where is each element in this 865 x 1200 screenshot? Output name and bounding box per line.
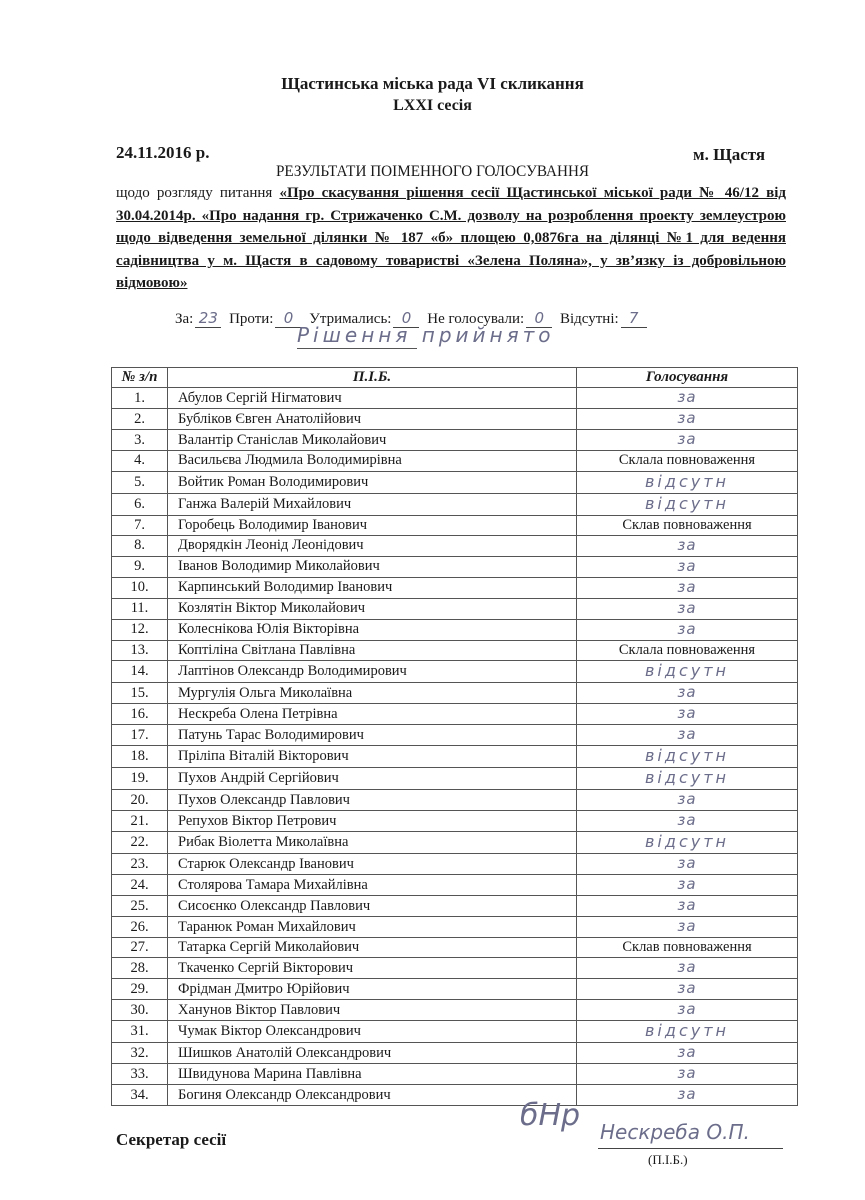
vote-value: за — [577, 854, 798, 875]
member-name: Татарка Сергій Миколайович — [168, 938, 577, 958]
member-name: Іванов Володимир Миколайович — [168, 556, 577, 577]
header-number: № з/п — [112, 368, 168, 388]
row-number: 12. — [112, 619, 168, 640]
vote-value: за — [577, 409, 798, 430]
vote-mark: за — [677, 620, 696, 638]
table-row: 34.Богиня Олександр Олександровичза — [112, 1085, 798, 1106]
member-name: Пріліпа Віталій Вікторович — [168, 746, 577, 768]
table-row: 7.Горобець Володимир ІвановичСклав повно… — [112, 515, 798, 535]
table-row: 32.Шишков Анатолій Олександровичза — [112, 1043, 798, 1064]
session-title: LXXI сесія — [0, 97, 865, 115]
vote-mark: за — [677, 599, 696, 617]
signature: бНр — [520, 1098, 580, 1133]
member-name: Пухов Андрій Сергійович — [168, 768, 577, 790]
member-name: Ткаченко Сергій Вікторович — [168, 958, 577, 979]
row-number: 25. — [112, 896, 168, 917]
vote-value: за — [577, 725, 798, 746]
member-name: Козлятін Віктор Миколайович — [168, 598, 577, 619]
vote-value: за — [577, 598, 798, 619]
vote-mark: за — [677, 790, 696, 808]
table-row: 9.Іванов Володимир Миколайовичза — [112, 556, 798, 577]
member-name: Дворядкін Леонід Леонідович — [168, 535, 577, 556]
vote-mark: за — [677, 1085, 696, 1103]
member-name: Репухов Віктор Петрович — [168, 811, 577, 832]
table-row: 24.Столярова Тамара Михайлівназа — [112, 875, 798, 896]
member-name: Старюк Олександр Іванович — [168, 854, 577, 875]
member-name: Нескреба Олена Петрівна — [168, 704, 577, 725]
vote-mark: за — [677, 430, 696, 448]
vote-mark: відсутн — [645, 494, 729, 513]
member-name: Рибак Віолетта Миколаївна — [168, 832, 577, 854]
row-number: 31. — [112, 1021, 168, 1043]
vote-value: за — [577, 619, 798, 640]
against-label: Проти: — [229, 311, 273, 327]
vote-value: відсутн — [577, 471, 798, 493]
table-row: 27.Татарка Сергій МиколайовичСклав повно… — [112, 938, 798, 958]
row-number: 20. — [112, 790, 168, 811]
table-row: 26.Таранюк Роман Михайловичза — [112, 917, 798, 938]
decision-handwritten: Рішення прийнято — [297, 323, 555, 347]
vote-mark: відсутн — [645, 1021, 729, 1040]
vote-value: за — [577, 704, 798, 725]
table-row: 15.Мургулія Ольга Миколаївназа — [112, 683, 798, 704]
table-row: 3.Валантір Станіслав Миколайовичза — [112, 430, 798, 451]
row-number: 21. — [112, 811, 168, 832]
row-number: 14. — [112, 661, 168, 683]
row-number: 10. — [112, 577, 168, 598]
vote-mark: за — [677, 896, 696, 914]
table-row: 17.Патунь Тарас Володимировичза — [112, 725, 798, 746]
row-number: 9. — [112, 556, 168, 577]
row-number: 5. — [112, 471, 168, 493]
member-name: Колеснікова Юлія Вікторівна — [168, 619, 577, 640]
table-header-row: № з/п П.І.Б. Голосування — [112, 368, 798, 388]
vote-mark: за — [677, 683, 696, 701]
member-name: Шишков Анатолій Олександрович — [168, 1043, 577, 1064]
table-row: 10.Карпинський Володимир Івановичза — [112, 577, 798, 598]
vote-value: відсутн — [577, 832, 798, 854]
vote-mark: Склала повноваження — [619, 452, 755, 468]
row-number: 27. — [112, 938, 168, 958]
member-name: Богиня Олександр Олександрович — [168, 1085, 577, 1106]
table-row: 30.Ханунов Віктор Павловичза — [112, 1000, 798, 1021]
table-row: 18.Пріліпа Віталій Вікторовичвідсутн — [112, 746, 798, 768]
vote-value: відсутн — [577, 1021, 798, 1043]
vote-mark: за — [677, 388, 696, 406]
table-row: 1.Абулов Сергій Нігматовичза — [112, 388, 798, 409]
member-name: Бубліков Євген Анатолійович — [168, 409, 577, 430]
vote-mark: за — [677, 1043, 696, 1061]
header-vote: Голосування — [577, 368, 798, 388]
table-row: 14.Лаптінов Олександр Володимировичвідсу… — [112, 661, 798, 683]
vote-mark: за — [677, 557, 696, 575]
vote-value: Склала повноваження — [577, 451, 798, 471]
vote-mark: Склав повноваження — [622, 939, 751, 955]
table-row: 20.Пухов Олександр Павловичза — [112, 790, 798, 811]
table-row: 25.Сисоєнко Олександр Павловичза — [112, 896, 798, 917]
row-number: 13. — [112, 640, 168, 660]
vote-value: за — [577, 556, 798, 577]
document-date: 24.11.2016 р. — [116, 143, 210, 163]
vote-value: за — [577, 430, 798, 451]
row-number: 33. — [112, 1064, 168, 1085]
vote-value: Склав повноваження — [577, 938, 798, 958]
vote-value: за — [577, 979, 798, 1000]
vote-value: за — [577, 896, 798, 917]
row-number: 8. — [112, 535, 168, 556]
vote-mark: за — [677, 875, 696, 893]
for-value: 23 — [195, 309, 221, 328]
member-name: Ханунов Віктор Павлович — [168, 1000, 577, 1021]
vote-value: за — [577, 1064, 798, 1085]
vote-value: за — [577, 577, 798, 598]
row-number: 26. — [112, 917, 168, 938]
table-row: 16.Нескреба Олена Петрівназа — [112, 704, 798, 725]
member-name: Васильєва Людмила Володимирівна — [168, 451, 577, 471]
vote-mark: за — [677, 917, 696, 935]
table-row: 13.Коптіліна Світлана ПавлівнаСклала пов… — [112, 640, 798, 660]
row-number: 1. — [112, 388, 168, 409]
vote-mark: відсутн — [645, 832, 729, 851]
row-number: 17. — [112, 725, 168, 746]
signature-line — [598, 1148, 783, 1149]
member-name: Фрідман Дмитро Юрійович — [168, 979, 577, 1000]
topic-prefix: щодо розгляду питання — [116, 185, 279, 201]
vote-mark: за — [677, 854, 696, 872]
vote-mark: відсутн — [645, 472, 729, 491]
member-name: Валантір Станіслав Миколайович — [168, 430, 577, 451]
vote-value: відсутн — [577, 746, 798, 768]
table-row: 6.Ганжа Валерій Михайловичвідсутн — [112, 493, 798, 515]
table-row: 22.Рибак Віолетта Миколаївнавідсутн — [112, 832, 798, 854]
vote-mark: відсутн — [645, 746, 729, 765]
vote-mark: за — [677, 1064, 696, 1082]
table-row: 12.Колеснікова Юлія Вікторівназа — [112, 619, 798, 640]
council-title: Щастинська міська рада VI скликання — [0, 74, 865, 94]
name-caption: (П.І.Б.) — [648, 1152, 688, 1168]
vote-value: за — [577, 1000, 798, 1021]
vote-mark: Склав повноваження — [622, 517, 751, 533]
row-number: 2. — [112, 409, 168, 430]
member-name: Коптіліна Світлана Павлівна — [168, 640, 577, 660]
vote-mark: за — [677, 725, 696, 743]
table-row: 28.Ткаченко Сергій Вікторовичза — [112, 958, 798, 979]
vote-value: за — [577, 811, 798, 832]
vote-value: Склала повноваження — [577, 640, 798, 660]
vote-value: за — [577, 917, 798, 938]
member-name: Мургулія Ольга Миколаївна — [168, 683, 577, 704]
vote-mark: відсутн — [645, 768, 729, 787]
vote-value: за — [577, 388, 798, 409]
agenda-topic: щодо розгляду питання «Про скасування рі… — [116, 182, 786, 295]
vote-mark: за — [677, 979, 696, 997]
member-name: Швидунова Марина Павлівна — [168, 1064, 577, 1085]
row-number: 18. — [112, 746, 168, 768]
member-name: Патунь Тарас Володимирович — [168, 725, 577, 746]
vote-value: за — [577, 790, 798, 811]
vote-mark: за — [677, 409, 696, 427]
vote-value: Склав повноваження — [577, 515, 798, 535]
row-number: 16. — [112, 704, 168, 725]
vote-mark: за — [677, 536, 696, 554]
header-name: П.І.Б. — [168, 368, 577, 388]
member-name: Ганжа Валерій Михайлович — [168, 493, 577, 515]
table-row: 33.Швидунова Марина Павлівназа — [112, 1064, 798, 1085]
vote-mark: за — [677, 578, 696, 596]
vote-value: за — [577, 683, 798, 704]
row-number: 29. — [112, 979, 168, 1000]
vote-value: за — [577, 535, 798, 556]
table-row: 2.Бубліков Євген Анатолійовичза — [112, 409, 798, 430]
row-number: 30. — [112, 1000, 168, 1021]
row-number: 19. — [112, 768, 168, 790]
row-number: 3. — [112, 430, 168, 451]
row-number: 6. — [112, 493, 168, 515]
table-row: 31.Чумак Віктор Олександровичвідсутн — [112, 1021, 798, 1043]
row-number: 32. — [112, 1043, 168, 1064]
member-name: Сисоєнко Олександр Павлович — [168, 896, 577, 917]
vote-mark: за — [677, 1000, 696, 1018]
table-row: 5.Войтик Роман Володимировичвідсутн — [112, 471, 798, 493]
table-row: 21.Репухов Віктор Петровичза — [112, 811, 798, 832]
decision-underline — [297, 348, 417, 349]
row-number: 11. — [112, 598, 168, 619]
table-row: 4.Васильєва Людмила ВолодимирівнаСклала … — [112, 451, 798, 471]
secretary-label: Секретар сесії — [116, 1130, 226, 1150]
document-title: РЕЗУЛЬТАТИ ПОІМЕННОГО ГОЛОСУВАННЯ — [9, 163, 857, 181]
vote-value: за — [577, 1085, 798, 1106]
member-name: Войтик Роман Володимирович — [168, 471, 577, 493]
voting-table: № з/п П.І.Б. Голосування 1.Абулов Сергій… — [111, 367, 798, 1106]
vote-mark: відсутн — [645, 661, 729, 680]
member-name: Столярова Тамара Михайлівна — [168, 875, 577, 896]
row-number: 4. — [112, 451, 168, 471]
row-number: 22. — [112, 832, 168, 854]
member-name: Таранюк Роман Михайлович — [168, 917, 577, 938]
row-number: 24. — [112, 875, 168, 896]
vote-mark: за — [677, 704, 696, 722]
member-name: Абулов Сергій Нігматович — [168, 388, 577, 409]
member-name: Лаптінов Олександр Володимирович — [168, 661, 577, 683]
vote-value: відсутн — [577, 768, 798, 790]
vote-mark: за — [677, 958, 696, 976]
member-name: Горобець Володимир Іванович — [168, 515, 577, 535]
row-number: 15. — [112, 683, 168, 704]
row-number: 7. — [112, 515, 168, 535]
table-row: 11.Козлятін Віктор Миколайовичза — [112, 598, 798, 619]
member-name: Чумак Віктор Олександрович — [168, 1021, 577, 1043]
row-number: 28. — [112, 958, 168, 979]
vote-value: за — [577, 1043, 798, 1064]
vote-value: відсутн — [577, 493, 798, 515]
member-name: Карпинський Володимир Іванович — [168, 577, 577, 598]
secretary-name-handwritten: Нескреба О.П. — [600, 1120, 750, 1144]
table-row: 8.Дворядкін Леонід Леонідовичза — [112, 535, 798, 556]
table-row: 19.Пухов Андрій Сергійовичвідсутн — [112, 768, 798, 790]
vote-mark: Склала повноваження — [619, 642, 755, 658]
absent-label: Відсутні: — [560, 311, 619, 327]
vote-value: відсутн — [577, 661, 798, 683]
row-number: 23. — [112, 854, 168, 875]
row-number: 34. — [112, 1085, 168, 1106]
for-label: За: — [175, 311, 193, 327]
document-city: м. Щастя — [693, 145, 765, 165]
vote-value: за — [577, 875, 798, 896]
vote-mark: за — [677, 811, 696, 829]
absent-value: 7 — [621, 309, 647, 328]
member-name: Пухов Олександр Павлович — [168, 790, 577, 811]
table-row: 29.Фрідман Дмитро Юрійовичза — [112, 979, 798, 1000]
table-row: 23.Старюк Олександр Івановичза — [112, 854, 798, 875]
vote-value: за — [577, 958, 798, 979]
